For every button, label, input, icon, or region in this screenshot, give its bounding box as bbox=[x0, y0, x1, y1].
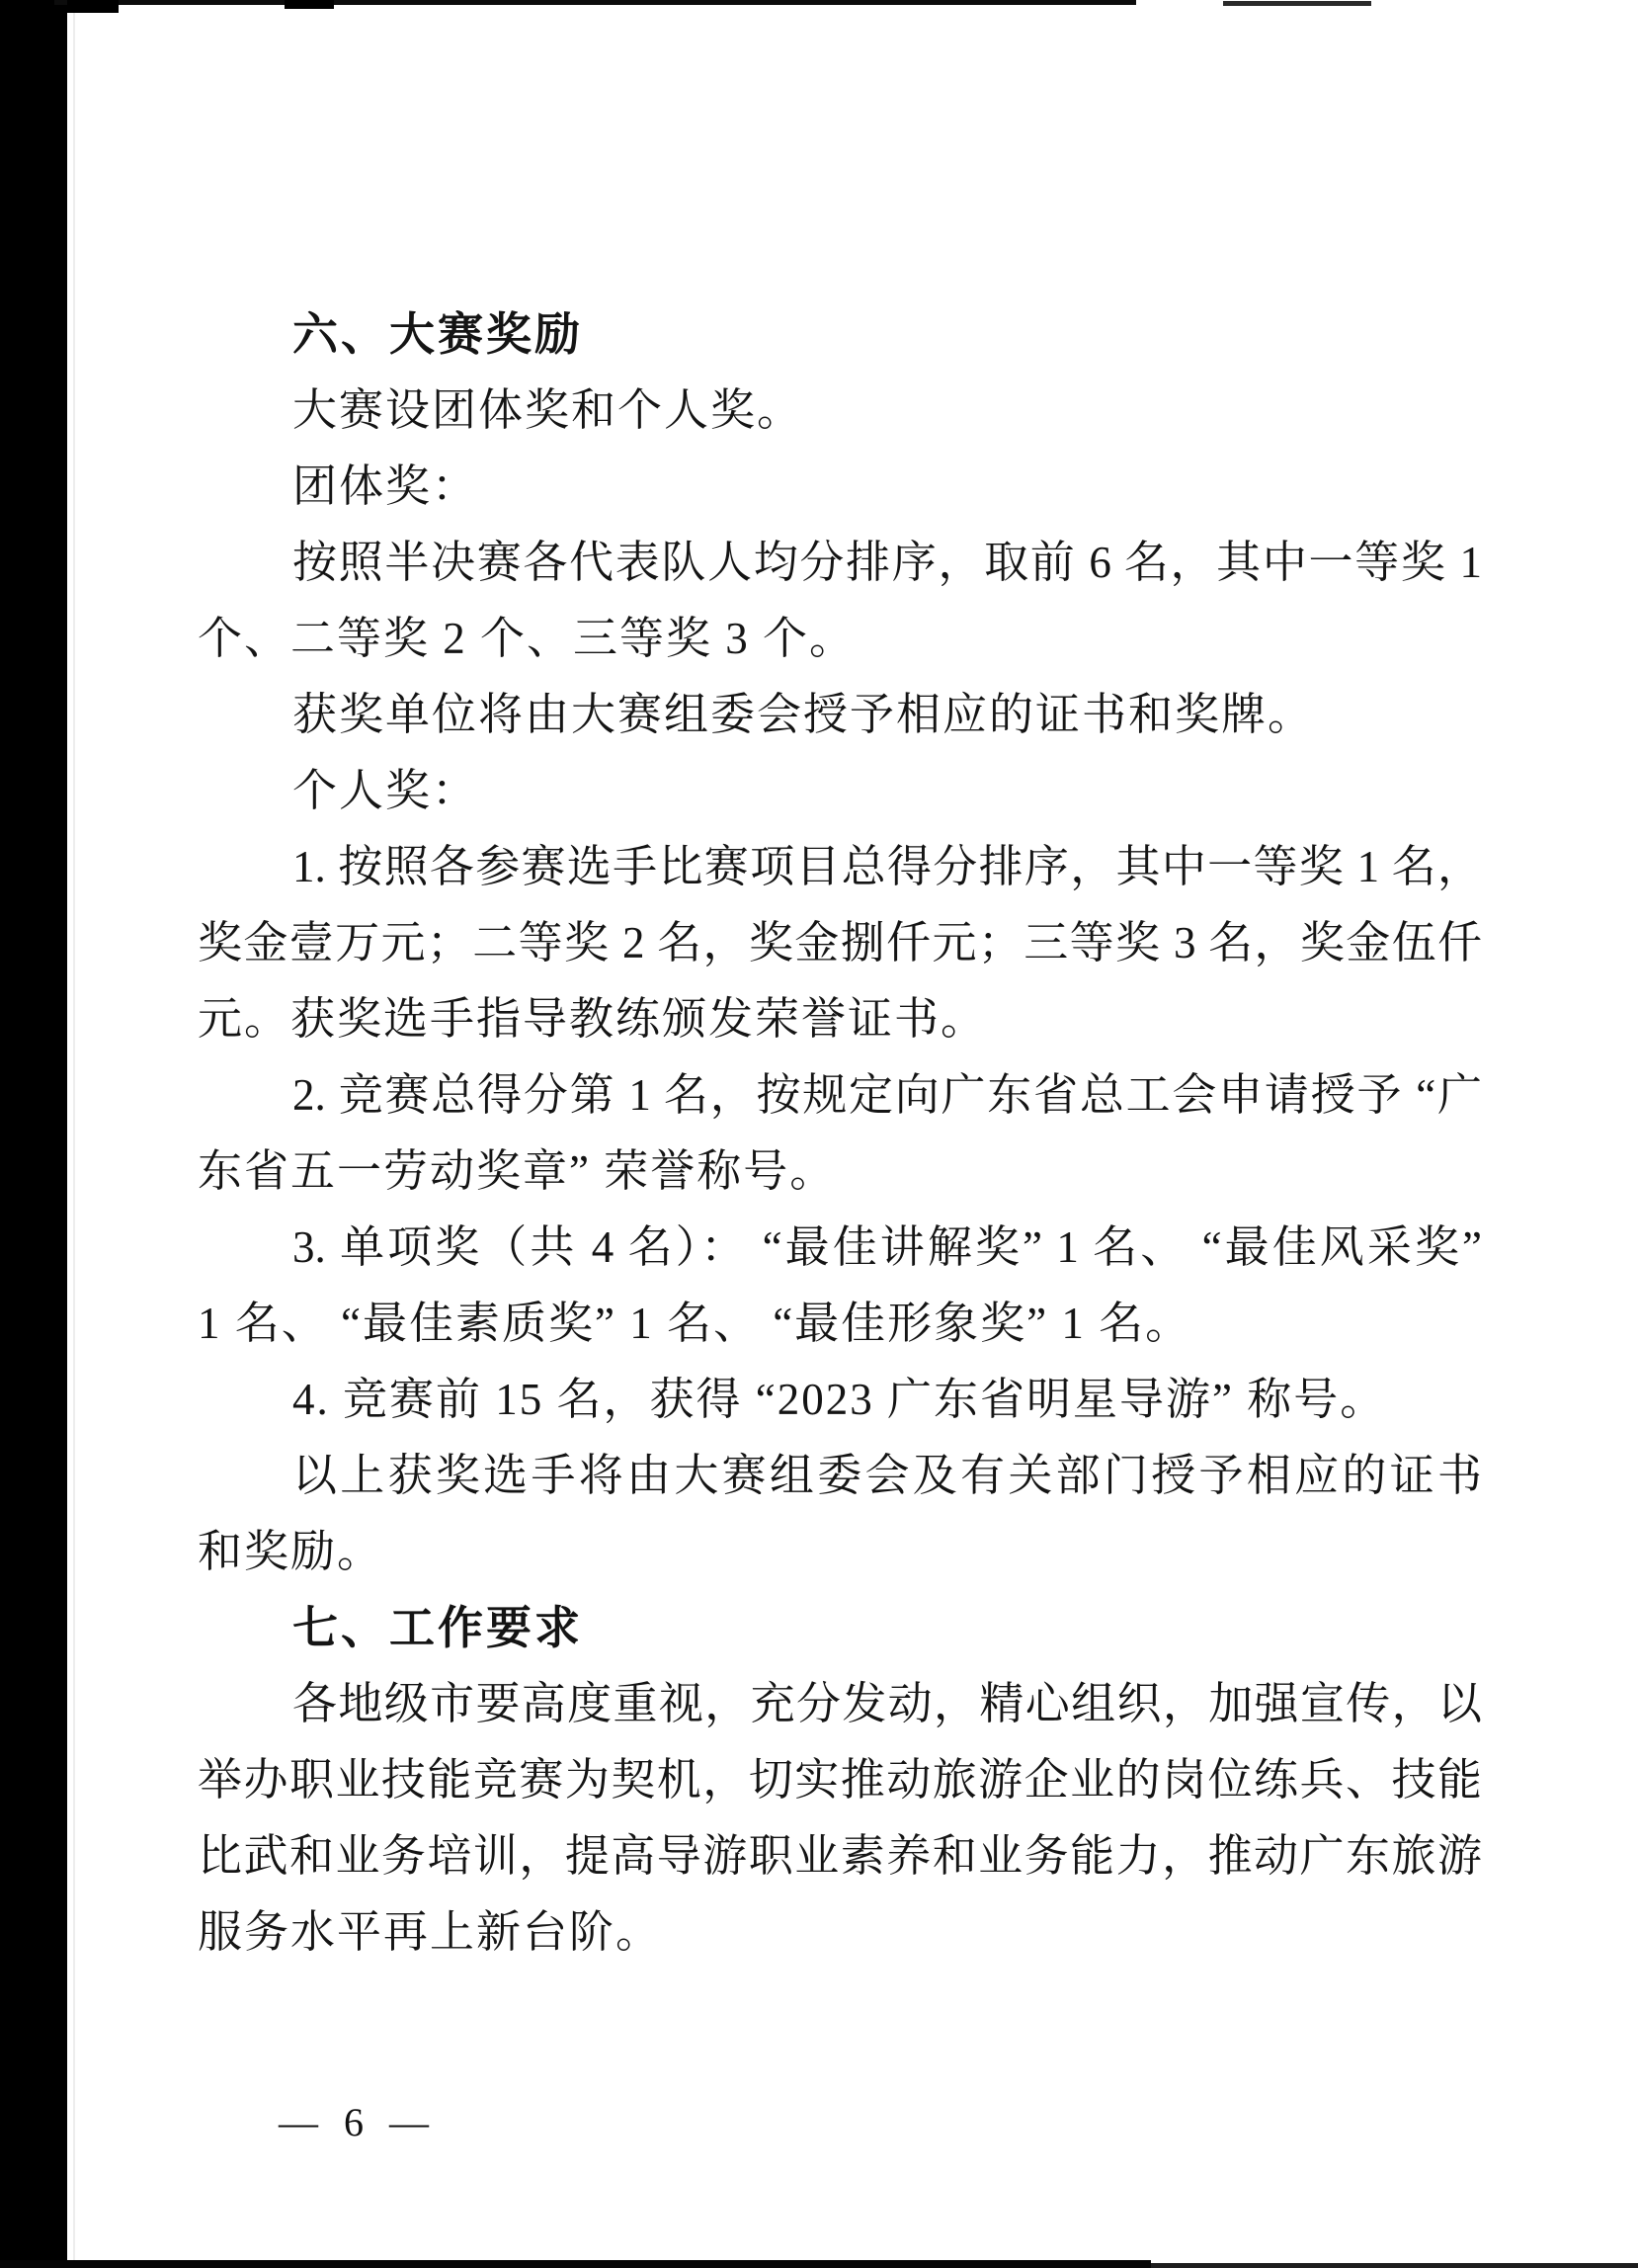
doc-line: 元。获奖选手指导教练颁发荣誉证书。 bbox=[198, 981, 1482, 1057]
doc-line: 大赛设团体奖和个人奖。 bbox=[198, 373, 1482, 449]
doc-line: 以上获奖选手将由大赛组委会及有关部门授予相应的证书 bbox=[198, 1438, 1482, 1514]
document-page: 六、大赛奖励 大赛设团体奖和个人奖。 团体奖： 按照半决赛各代表队人均分排序，取… bbox=[0, 0, 1638, 2268]
doc-line: 举办职业技能竞赛为契机，切实推动旅游企业的岗位练兵、技能 bbox=[198, 1742, 1482, 1818]
doc-line: 2. 竞赛总得分第 1 名，按规定向广东省总工会申请授予 “广 bbox=[198, 1057, 1482, 1134]
doc-line: 和奖励。 bbox=[198, 1514, 1482, 1590]
section-7-heading: 七、工作要求 bbox=[198, 1590, 1482, 1666]
doc-line: 3. 单项奖（共 4 名）： “最佳讲解奖” 1 名、 “最佳风采奖” bbox=[198, 1210, 1482, 1286]
scan-artifact-bottom-strip bbox=[0, 2260, 1151, 2268]
doc-line: 按照半决赛各代表队人均分排序，取前 6 名，其中一等奖 1 bbox=[198, 525, 1482, 601]
doc-line: 服务水平再上新台阶。 bbox=[198, 1894, 1482, 1971]
page-number: — 6 — bbox=[279, 2099, 437, 2145]
scan-artifact-left-bar bbox=[0, 0, 67, 2268]
doc-line: 团体奖： bbox=[198, 449, 1482, 525]
doc-line: 1 名、 “最佳素质奖” 1 名、 “最佳形象奖” 1 名。 bbox=[198, 1286, 1482, 1362]
scan-artifact-top-strip bbox=[1223, 1, 1371, 6]
doc-line: 奖金壹万元；二等奖 2 名，奖金捌仟元；三等奖 3 名，奖金伍仟 bbox=[198, 905, 1482, 981]
doc-line: 个、二等奖 2 个、三等奖 3 个。 bbox=[198, 601, 1482, 677]
doc-line: 东省五一劳动奖章” 荣誉称号。 bbox=[198, 1134, 1482, 1210]
doc-line: 个人奖： bbox=[198, 753, 1482, 829]
doc-line: 比武和业务培训，提高导游职业素养和业务能力，推动广东旅游 bbox=[198, 1818, 1482, 1894]
document-body: 六、大赛奖励 大赛设团体奖和个人奖。 团体奖： 按照半决赛各代表队人均分排序，取… bbox=[198, 296, 1482, 1971]
doc-line: 获奖单位将由大赛组委会授予相应的证书和奖牌。 bbox=[198, 677, 1482, 753]
scan-artifact-page-edge bbox=[73, 0, 75, 2268]
scan-artifact-top-blob bbox=[285, 0, 334, 9]
doc-line: 4. 竞赛前 15 名，获得 “2023 广东省明星导游” 称号。 bbox=[198, 1362, 1482, 1438]
section-6-heading: 六、大赛奖励 bbox=[198, 296, 1482, 373]
scan-artifact-bottom-strip bbox=[1151, 2263, 1638, 2268]
scan-artifact-top-blob bbox=[67, 0, 119, 13]
doc-line: 各地级市要高度重视，充分发动，精心组织，加强宣传，以 bbox=[198, 1666, 1482, 1742]
scan-artifact-top-strip bbox=[54, 0, 1136, 5]
doc-line: 1. 按照各参赛选手比赛项目总得分排序，其中一等奖 1 名， bbox=[198, 829, 1482, 905]
